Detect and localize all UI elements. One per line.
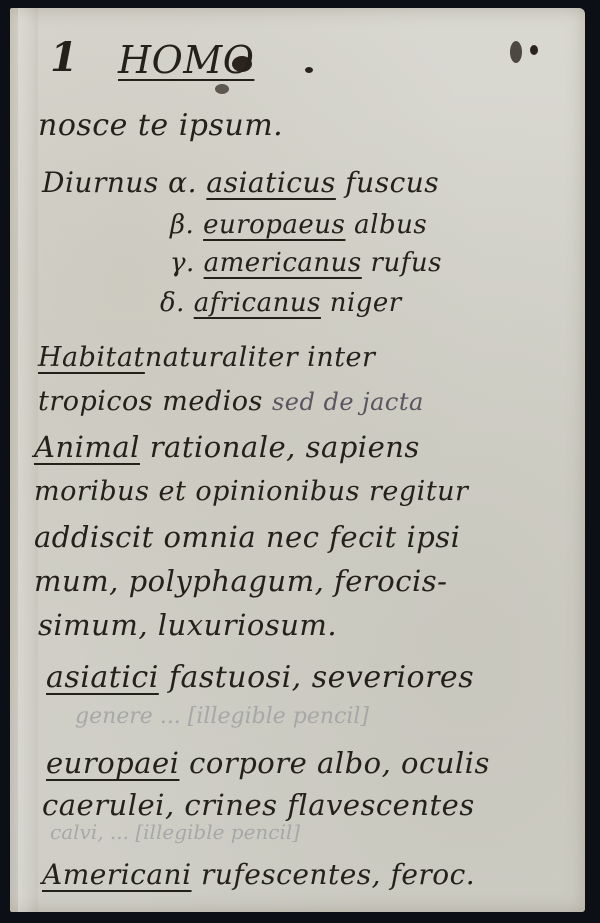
manuscript-line: Diurnus α. asiaticus fuscus — [42, 166, 439, 199]
manuscript-line: γ. americanus rufus — [170, 248, 442, 278]
page-number: 1 — [50, 34, 78, 81]
manuscript-line: Animal rationale, sapiens — [34, 430, 420, 464]
variety-prefix: δ. — [160, 288, 185, 318]
variety-prefix: β. — [170, 210, 194, 240]
variety-color: fuscus — [345, 166, 439, 199]
line-text: corpore albo, oculis — [189, 746, 490, 780]
ink-blot — [510, 41, 522, 63]
manuscript-line: mum, polyphagum, ferocis- — [34, 564, 447, 598]
manuscript-line: addiscit omnia nec fecit ipsi — [34, 520, 460, 554]
section-keyword: asiatici — [46, 660, 159, 695]
manuscript-line: moribus et opinionibus regitur — [34, 476, 468, 507]
ink-blot — [530, 45, 538, 55]
line-text: rationale, sapiens — [150, 430, 420, 464]
variety-name: africanus — [194, 288, 321, 318]
section-keyword: Animal — [34, 430, 140, 464]
variety-name: europaeus — [203, 210, 345, 240]
pencil-annotation: calvi, ... [illegible pencil] — [50, 820, 300, 844]
manuscript-line: simum, luxuriosum. — [38, 608, 337, 642]
variety-color: rufus — [371, 248, 442, 278]
line-text: rufescentes, feroc. — [201, 858, 475, 891]
manuscript-line: asiatici fastuosi, severiores — [46, 660, 474, 695]
section-keyword: europaei — [46, 746, 179, 780]
page-title: HOMO — [118, 38, 254, 82]
line-text: fastuosi, severiores — [169, 660, 474, 695]
manuscript-line: europaei corpore albo, oculis — [46, 746, 490, 780]
manuscript-line: caerulei, crines flavescentes — [42, 788, 475, 822]
manuscript-line: nosce te ipsum. — [38, 108, 283, 143]
manuscript-line: δ. africanus niger — [160, 288, 402, 318]
ink-blot — [215, 84, 229, 94]
variety-name: asiaticus — [206, 166, 336, 199]
manuscript-line: Habitatnaturaliter inter — [38, 342, 375, 373]
line-text: tropicos medios — [38, 386, 263, 417]
manuscript-line: β. europaeus albus — [170, 210, 427, 240]
manuscript-line: Americani rufescentes, feroc. — [42, 858, 475, 891]
manuscript-page: 1 HOMO nosce te ipsum. Diurnus α. asiati… — [10, 8, 585, 912]
section-keyword: Americani — [42, 858, 192, 891]
section-keyword: Habitat — [38, 342, 145, 373]
variety-prefix: Diurnus α. — [42, 166, 197, 199]
variety-color: niger — [330, 288, 402, 318]
pencil-insert: sed de jacta — [272, 388, 424, 416]
variety-name: americanus — [204, 248, 362, 278]
line-text: naturaliter inter — [145, 342, 376, 373]
ink-blot — [305, 67, 313, 73]
manuscript-line: tropicos medios sed de jacta — [38, 386, 424, 417]
variety-color: albus — [354, 210, 427, 240]
variety-prefix: γ. — [170, 248, 195, 278]
pencil-annotation: genere ... [illegible pencil] — [75, 704, 369, 729]
